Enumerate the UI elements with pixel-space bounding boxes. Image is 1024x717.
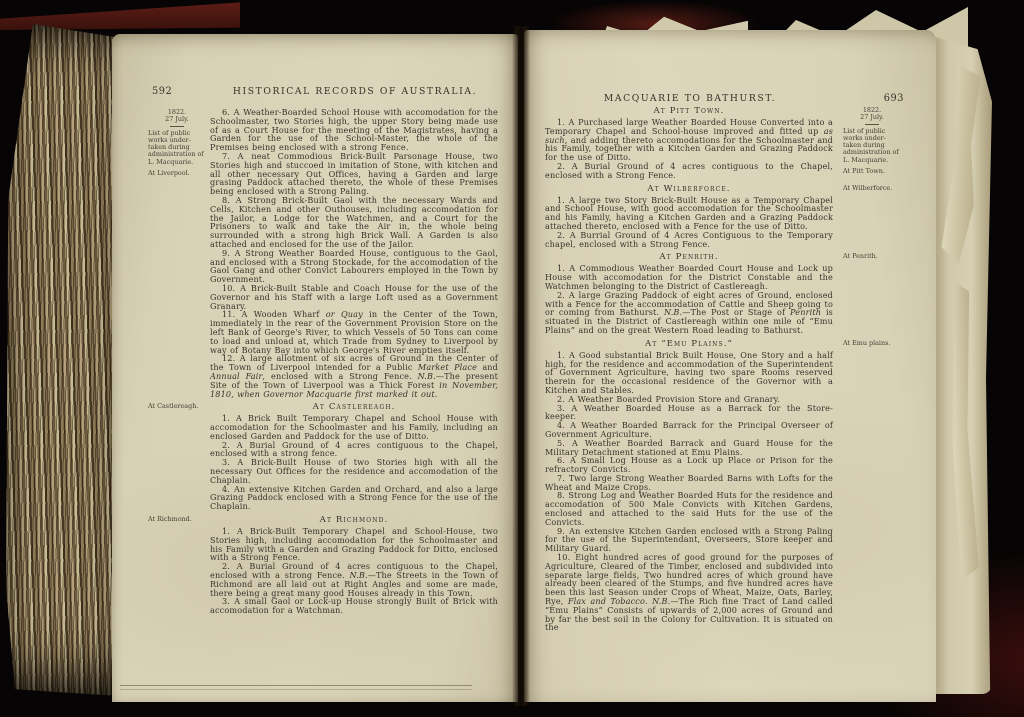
paragraph: 3. A small Gaol or Lock-up House strongl… [210, 597, 498, 615]
section-heading: At Richmond. [210, 515, 498, 525]
paragraph: 2. A Burrial Ground of 4 Acres Contiguou… [545, 231, 833, 249]
running-head: 592 HISTORICAL RECORDS OF AUSTRALIA. [112, 86, 518, 100]
left-page: 592 HISTORICAL RECORDS OF AUSTRALIA. 182… [112, 34, 518, 702]
margin-note: List of public works under- taken during… [843, 128, 901, 164]
paragraph: 2. A Burial Ground of 4 acres contiguous… [210, 441, 498, 459]
paragraph: 7. Two large Strong Weather Boarded Barn… [545, 474, 833, 492]
margin-notes: 1822.27 July.List of public works under-… [843, 107, 901, 179]
margin-note: At Wilberforce. [843, 185, 901, 192]
paragraph: 1. A Commodious Weather Boarded Court Ho… [545, 264, 833, 290]
paragraph: 1. A Purchased large Weather Boarded Hou… [545, 118, 833, 162]
margin-note: At Castlereagh. [148, 403, 206, 410]
margin-date: 1822.27 July. [843, 107, 901, 125]
left-page-edge-stack [6, 24, 118, 696]
margin-notes: At Castlereagh. [148, 403, 206, 414]
book-photo: 592 HISTORICAL RECORDS OF AUSTRALIA. 182… [0, 0, 1024, 717]
book-section: At Richmond.At Richmond.1. A Brick-Built… [210, 515, 498, 615]
paragraph: 6. A Small Log House as a Lock up Place … [545, 456, 833, 474]
margin-rule [170, 126, 184, 127]
margin-rule [865, 124, 879, 125]
paragraph: 1. A large two Story Brick-Built House a… [545, 196, 833, 231]
margin-note: At Pitt Town. [843, 168, 901, 175]
margin-date-line: 27 July. [148, 116, 206, 123]
margin-note: At Richmond. [148, 516, 206, 523]
book-section: 1822.27 July.List of public works under-… [210, 108, 498, 398]
right-page-text-column: 1822.27 July.List of public works under-… [545, 102, 833, 632]
book-section: At Penrith.At Penrith.1. A Commodious We… [545, 252, 833, 334]
section-heading: At Wilberforce. [545, 184, 833, 194]
section-heading: At Castlereagh. [210, 402, 498, 412]
paragraph: 12. A large allotment of six acres of Gr… [210, 354, 498, 398]
book-spine-gutter [512, 26, 530, 706]
paragraph: 11. A Wooden Wharf or Quay in the Center… [210, 310, 498, 354]
margin-notes: At Richmond. [148, 516, 206, 527]
paragraph: 5. A Weather Boarded Barrack and Guard H… [545, 439, 833, 457]
right-page: MACQUARIE TO BATHURST. 693 1822.27 July.… [524, 30, 936, 702]
paragraph: 7. A neat Commodious Brick-Built Parsona… [210, 152, 498, 196]
paragraph: 10. A Brick-Built Stable and Coach House… [210, 284, 498, 310]
book-section: At Wilberforce.At Wilberforce.1. A large… [545, 184, 833, 249]
paragraph: 4. A Weather Boarded Barrack for the Pri… [545, 421, 833, 439]
running-title: HISTORICAL RECORDS OF AUSTRALIA. [210, 86, 500, 97]
paragraph: 6. A Weather-Boarded School House with a… [210, 108, 498, 152]
book-section: 1822.27 July.List of public works under-… [545, 106, 833, 180]
paragraph: 9. A Strong Weather Boarded House, conti… [210, 249, 498, 284]
margin-notes: At Wilberforce. [843, 185, 901, 196]
section-heading: At Pitt Town. [545, 106, 833, 116]
margin-note: At Emu plains. [843, 340, 901, 347]
paragraph: 8. Strong Log and Weather Boarded Huts f… [545, 491, 833, 526]
paragraph: 9. An extensive Kitchen Garden enclosed … [545, 527, 833, 553]
margin-date: 1822.27 July. [148, 109, 206, 127]
page-number: 693 [884, 93, 904, 104]
book-section: At Emu plains.At “Emu Plains.”1. A Good … [545, 339, 833, 633]
margin-notes: At Emu plains. [843, 340, 901, 351]
margin-note: At Liverpool. [148, 170, 206, 177]
paragraph: 10. Eight hundred acres of good ground f… [545, 553, 833, 632]
paragraph: 1. A Good substantial Brick Built House,… [545, 351, 833, 395]
left-page-text-column: 1822.27 July.List of public works under-… [210, 108, 498, 615]
paragraph: 2. A large Grazing Paddock of eight acre… [545, 291, 833, 335]
margin-note: At Penrith. [843, 253, 901, 260]
paragraph: 4. An extensive Kitchen Garden and Orcha… [210, 485, 498, 511]
book-section: At Castlereagh.At Castlereagh.1. A Brick… [210, 402, 498, 511]
paragraph: 1. A Brick-Built Temporary Chapel and Sc… [210, 527, 498, 562]
page-number: 592 [152, 86, 172, 97]
paragraph: 2. A Burial Ground of 4 acres contiguous… [545, 162, 833, 180]
paragraph: 2. A Burial Ground of 4 acres contiguous… [210, 562, 498, 597]
section-heading: At “Emu Plains.” [545, 339, 833, 349]
margin-date-line: 27 July. [843, 114, 901, 121]
paragraph: 1. A Brick Built Temporary Chapel and Sc… [210, 414, 498, 440]
margin-notes: 1822.27 July.List of public works under-… [148, 109, 206, 181]
margin-note: List of public works under- taken during… [148, 130, 206, 166]
paragraph: 3. A Brick-Built House of two Stories hi… [210, 458, 498, 484]
section-heading: At Penrith. [545, 252, 833, 262]
paragraph: 3. A Weather Boarded House as a Barrack … [545, 404, 833, 422]
paragraph: 8. A Strong Brick-Built Gaol with the ne… [210, 196, 498, 249]
margin-notes: At Penrith. [843, 253, 901, 264]
